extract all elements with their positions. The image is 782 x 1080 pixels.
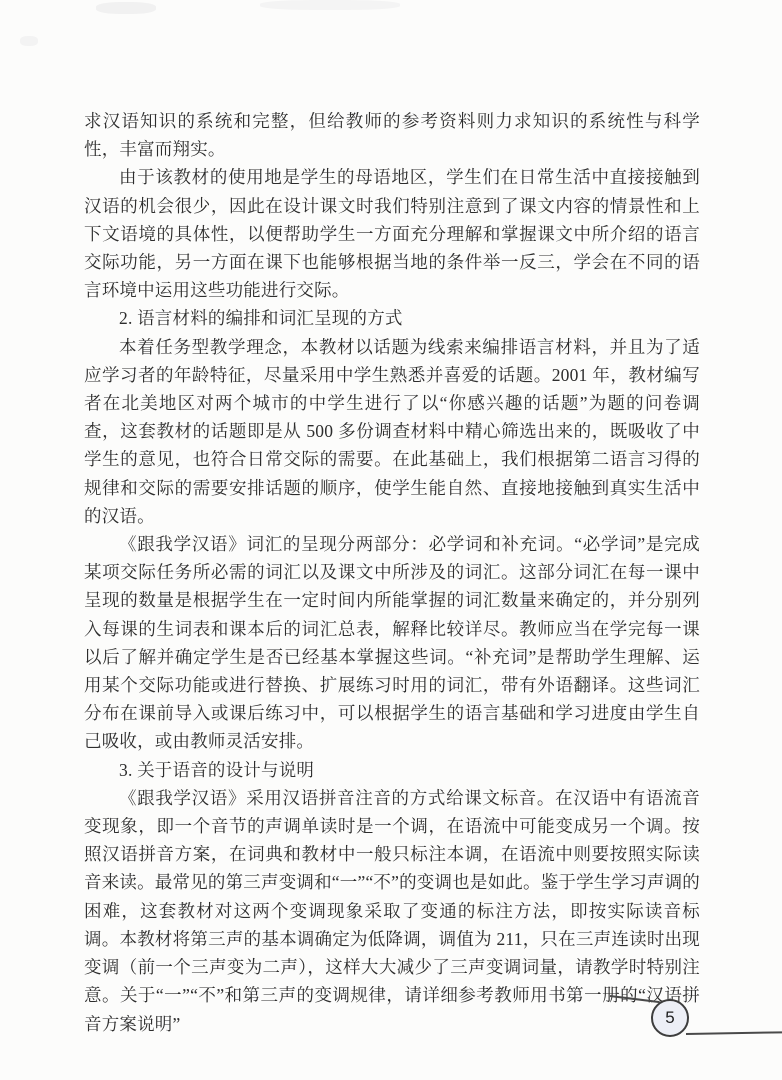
paragraph-topic-arrangement: 本着任务型教学理念，本教材以话题为线索来编排语言材料，并且为了适应学习者的年龄特…	[84, 333, 700, 530]
page-number-badge: 5	[651, 999, 689, 1037]
scan-artifact	[96, 2, 156, 14]
page-body: 求汉语知识的系统和完整，但给教师的参考资料则力求知识的系统性与科学性，丰富而翔实…	[84, 107, 700, 1038]
section-heading-3: 3. 关于语音的设计与说明	[84, 756, 700, 784]
footer-rule-right	[686, 1031, 782, 1035]
paragraph-course-context: 由于该教材的使用地是学生的母语地区，学生们在日常生活中直接接触到汉语的机会很少，…	[84, 163, 700, 304]
paragraph-continuation: 求汉语知识的系统和完整，但给教师的参考资料则力求知识的系统性与科学性，丰富而翔实…	[84, 107, 700, 163]
paragraph-phonetics-notes: 《跟我学汉语》采用汉语拼音注音的方式给课文标音。在汉语中有语流音变现象，即一个音…	[84, 784, 700, 1038]
paragraph-vocabulary-presentation: 《跟我学汉语》词汇的呈现分两部分：必学词和补充词。“必学词”是完成某项交际任务所…	[84, 530, 700, 756]
page-number: 5	[665, 1008, 674, 1028]
scanned-book-page: 求汉语知识的系统和完整，但给教师的参考资料则力求知识的系统性与科学性，丰富而翔实…	[0, 0, 782, 1080]
scan-artifact	[20, 36, 38, 46]
scan-artifact	[260, 0, 400, 10]
section-heading-2: 2. 语言材料的编排和词汇呈现的方式	[84, 304, 700, 332]
